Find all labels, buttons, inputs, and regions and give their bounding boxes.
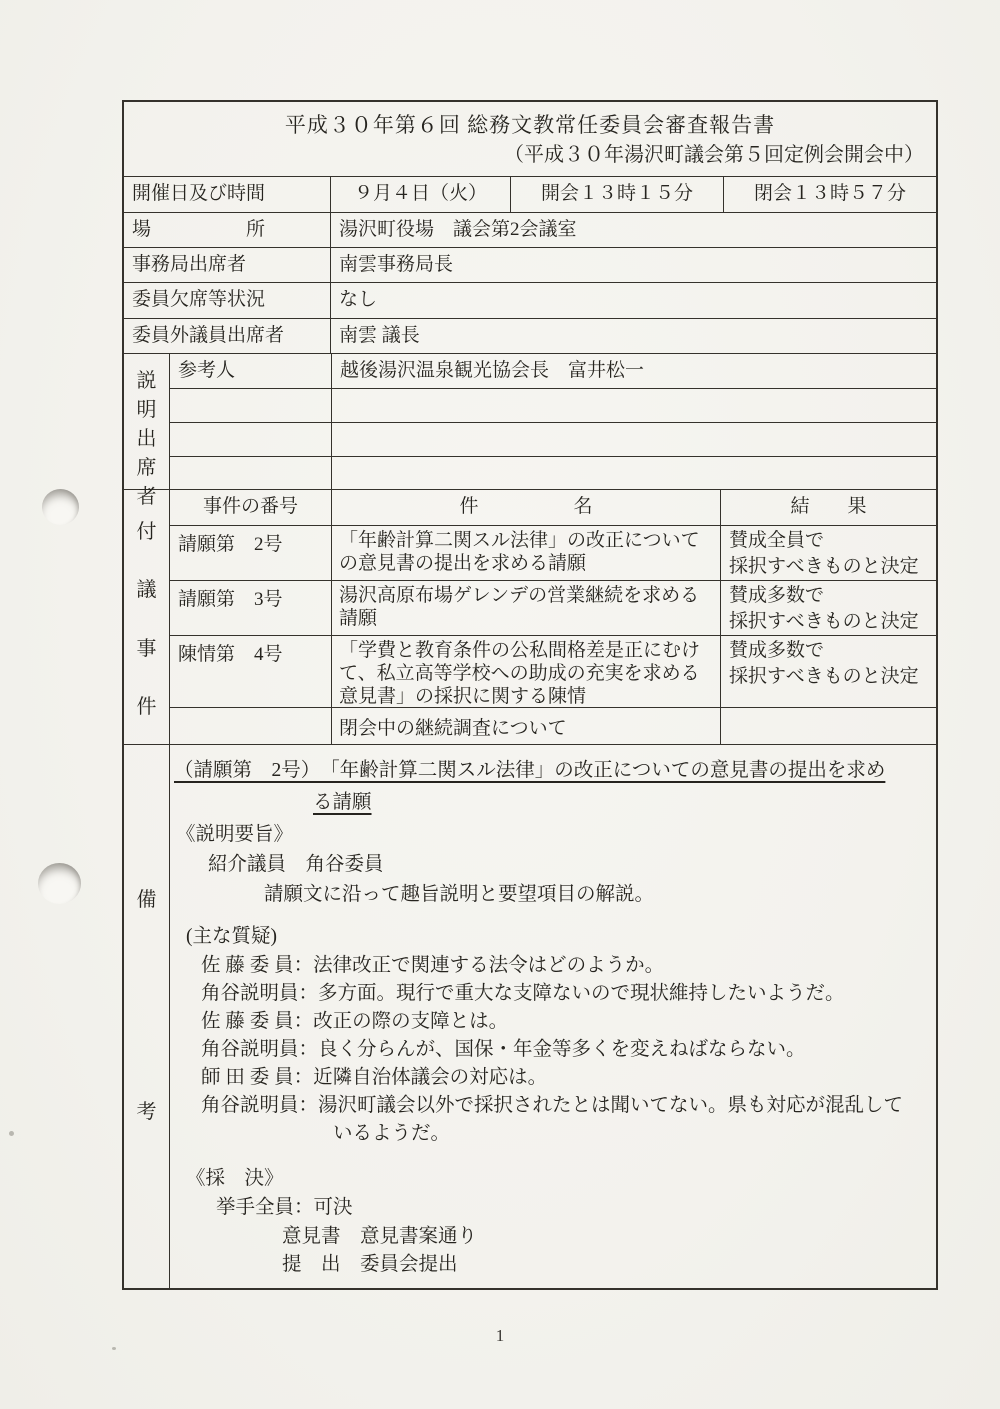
explainer-role — [170, 457, 331, 490]
qa-line: 角谷説明員：多方面。現行で重大な支障ないので現状維持したいようだ。 — [201, 980, 845, 1008]
agenda-number: 請願第 3号 — [170, 581, 331, 635]
remarks-heading-line2: る請願 — [313, 789, 372, 817]
remarks-heading-line1: （請願第 2号） 「年齢計算二関スル法律」の改正についての意見書の提出を求め — [174, 757, 885, 785]
agenda-row: 請願第 3号 湯沢高原布場ゲレンデの営業継続を求める請願 賛成多数で 採択すべき… — [170, 580, 936, 635]
explainer-row — [170, 422, 936, 456]
punch-hole-bottom — [38, 863, 81, 904]
explainer-row — [170, 456, 936, 490]
agenda-number — [170, 708, 331, 745]
secretariat-label: 事務局出席者 — [124, 248, 330, 282]
scanned-page: { "colors": { "paper": "#f3f2ed", "ink":… — [0, 0, 1000, 1409]
remarks-content: （請願第 2号） 「年齢計算二関スル法律」の改正についての意見書の提出を求め る… — [169, 745, 936, 1288]
agenda-vertical-label: 付 議 事 件 — [124, 490, 169, 744]
agenda-result: 賛成多数で 採択すべきものと決定 — [720, 581, 936, 635]
section-remarks: 備 考 （請願第 2号） 「年齢計算二関スル法律」の改正についての意見書の提出を… — [124, 744, 936, 1288]
agenda-result: 賛成全員で 採択すべきものと決定 — [720, 526, 936, 580]
explainers-vertical-label: 説 明 出 席 者 — [124, 354, 169, 489]
qa-line: 佐 藤 委 員：法律改正で関連する法令はどのようか。 — [201, 952, 664, 980]
agenda-header-name: 件 名 — [331, 490, 720, 525]
row-place: 場 所 湯沢町役場 議会第2会議室 — [124, 212, 936, 247]
punch-hole-top — [42, 489, 79, 525]
explainer-name: 越後湯沢温泉観光協会長 富井松一 — [331, 354, 936, 388]
datetime-close-time: 閉会１３時５７分 — [723, 177, 936, 212]
scan-speck — [9, 1131, 14, 1136]
explainer-name — [331, 423, 936, 456]
agenda-header-result: 結 果 — [720, 490, 936, 525]
agenda-result: 賛成多数で 採択すべきものと決定 — [720, 636, 936, 707]
vote-section-title: 《採 決》 — [186, 1165, 284, 1193]
explainer-name — [331, 389, 936, 422]
non-member-label: 委員外議員出席者 — [124, 319, 330, 353]
place-value: 湯沢町役場 議会第2会議室 — [330, 213, 936, 247]
explainer-row: 参考人 越後湯沢温泉観光協会長 富井松一 — [170, 354, 936, 388]
section-explainers: 説 明 出 席 者 参考人 越後湯沢温泉観光協会長 富井松一 — [124, 353, 936, 489]
agenda-row: 閉会中の継続調査について — [170, 707, 936, 745]
qa-section-title: (主な質疑) — [186, 923, 277, 951]
report-title: 平成３０年第６回 総務文教常任委員会審査報告書 — [132, 110, 928, 140]
row-non-member: 委員外議員出席者 南雲 議長 — [124, 318, 936, 353]
introducer-line: 紹介議員 角谷委員 — [208, 851, 384, 879]
agenda-number: 請願第 2号 — [170, 526, 331, 580]
report-table: 平成３０年第６回 総務文教常任委員会審査報告書 （平成３０年湯沢町議会第５回定例… — [122, 100, 938, 1290]
absence-value: なし — [330, 283, 936, 318]
remarks-vertical-label: 備 考 — [124, 745, 169, 1288]
place-label: 場 所 — [124, 213, 330, 247]
title-block: 平成３０年第６回 総務文教常任委員会審査報告書 （平成３０年湯沢町議会第５回定例… — [124, 102, 936, 176]
row-datetime: 開催日及び時間 ９月４日（火） 開会１３時１５分 閉会１３時５７分 — [124, 176, 936, 212]
explainer-row — [170, 388, 936, 422]
page-number: 1 — [0, 1326, 1000, 1346]
qa-line: 師 田 委 員：近隣自治体議会の対応は。 — [201, 1064, 547, 1092]
agenda-result — [720, 708, 936, 745]
agenda-row: 陳情第 4号 「学費と教育条件の公私間格差是正にむけて、私立高等学校への助成の充… — [170, 635, 936, 707]
explainer-role — [170, 389, 331, 422]
row-secretariat: 事務局出席者 南雲事務局長 — [124, 247, 936, 282]
datetime-label: 開催日及び時間 — [124, 177, 330, 212]
agenda-name: 湯沢高原布場ゲレンデの営業継続を求める請願 — [331, 581, 720, 635]
agenda-number: 陳情第 4号 — [170, 636, 331, 707]
scan-speck — [112, 1347, 116, 1350]
datetime-date: ９月４日（火） — [330, 177, 510, 212]
explanation-summary-title: 《説明要旨》 — [176, 821, 293, 849]
vote-result-line: 挙手全員：可決 — [216, 1194, 353, 1222]
secretariat-value: 南雲事務局長 — [330, 248, 936, 282]
row-absence: 委員欠席等状況 なし — [124, 282, 936, 318]
agenda-header-row: 事件の番号 件 名 結 果 — [170, 490, 936, 525]
non-member-value: 南雲 議長 — [330, 319, 936, 353]
agenda-row: 請願第 2号 「年齢計算二関スル法律」の改正についての意見書の提出を求める請願 … — [170, 525, 936, 580]
explainer-role: 参考人 — [170, 354, 331, 388]
absence-label: 委員欠席等状況 — [124, 283, 330, 318]
qa-line: 角谷説明員：湯沢町議会以外で採択されたとは聞いてない。県も対応が混乱して — [201, 1092, 903, 1120]
vote-opinion-line: 意見書 意見書案通り — [282, 1223, 477, 1251]
agenda-name: 閉会中の継続調査について — [331, 708, 720, 745]
qa-line-continuation: いるようだ。 — [333, 1120, 450, 1148]
explainer-role — [170, 423, 331, 456]
agenda-name: 「年齢計算二関スル法律」の改正についての意見書の提出を求める請願 — [331, 526, 720, 580]
section-agenda: 付 議 事 件 事件の番号 件 名 結 果 請願第 2号 「年齢計算二関スル法律… — [124, 489, 936, 744]
agenda-name: 「学費と教育条件の公私間格差是正にむけて、私立高等学校への助成の充実を求める意見… — [331, 636, 720, 707]
qa-line: 角谷説明員：良く分らんが、国保・年金等多くを変えねばならない。 — [201, 1036, 806, 1064]
agenda-header-number: 事件の番号 — [170, 490, 331, 525]
vote-submission-line: 提 出 委員会提出 — [282, 1251, 458, 1279]
datetime-open-time: 開会１３時１５分 — [510, 177, 723, 212]
explainer-name — [331, 457, 936, 490]
qa-line: 佐 藤 委 員：改正の際の支障とは。 — [201, 1008, 508, 1036]
report-subtitle: （平成３０年湯沢町議会第５回定例会開会中） — [132, 140, 928, 170]
explanation-detail-line: 請願文に沿って趣旨説明と要望項目の解説。 — [264, 881, 654, 909]
